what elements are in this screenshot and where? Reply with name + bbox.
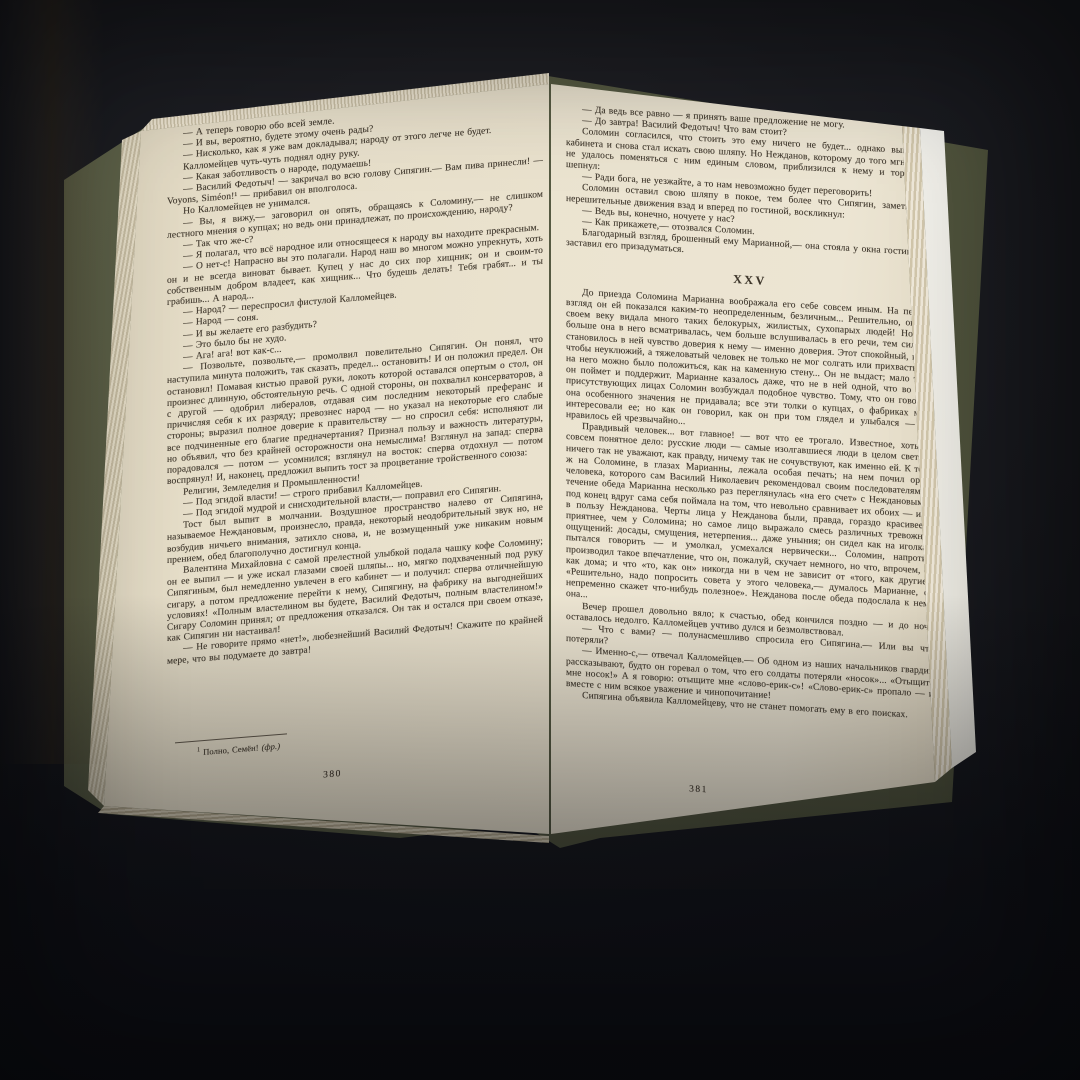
- left-page-text: — А теперь говорю обо всей земле.— И вы,…: [167, 100, 543, 806]
- footnote-text: Полно, Семён!: [203, 742, 261, 757]
- right-page-paragraphs-bottom: До приезда Соломина Марианна воображала …: [566, 287, 934, 723]
- book-photo: — А теперь говорю обо всей земле.— И вы,…: [0, 0, 1080, 1080]
- left-page-paragraphs: — А теперь говорю обо всей земле.— И вы,…: [167, 100, 543, 668]
- page-number-left: 380: [167, 756, 498, 794]
- footnote-marker: 1: [197, 746, 200, 753]
- paragraph: До приезда Соломина Марианна воображала …: [566, 287, 934, 443]
- right-page-text: — Да ведь все равно — я принять ваше пре…: [566, 104, 934, 826]
- paragraph: Правдивый человек... вот главное! — вот …: [566, 421, 934, 622]
- footnote-block: 1 Полно, Семён! (фр.): [171, 724, 411, 760]
- page-number-right: 381: [566, 777, 831, 804]
- footnote-language: (фр.): [262, 741, 281, 752]
- footnote: 1 Полно, Семён! (фр.): [171, 729, 411, 760]
- right-page-paragraphs-top: — Да ведь все равно — я принять ваше пре…: [566, 104, 934, 272]
